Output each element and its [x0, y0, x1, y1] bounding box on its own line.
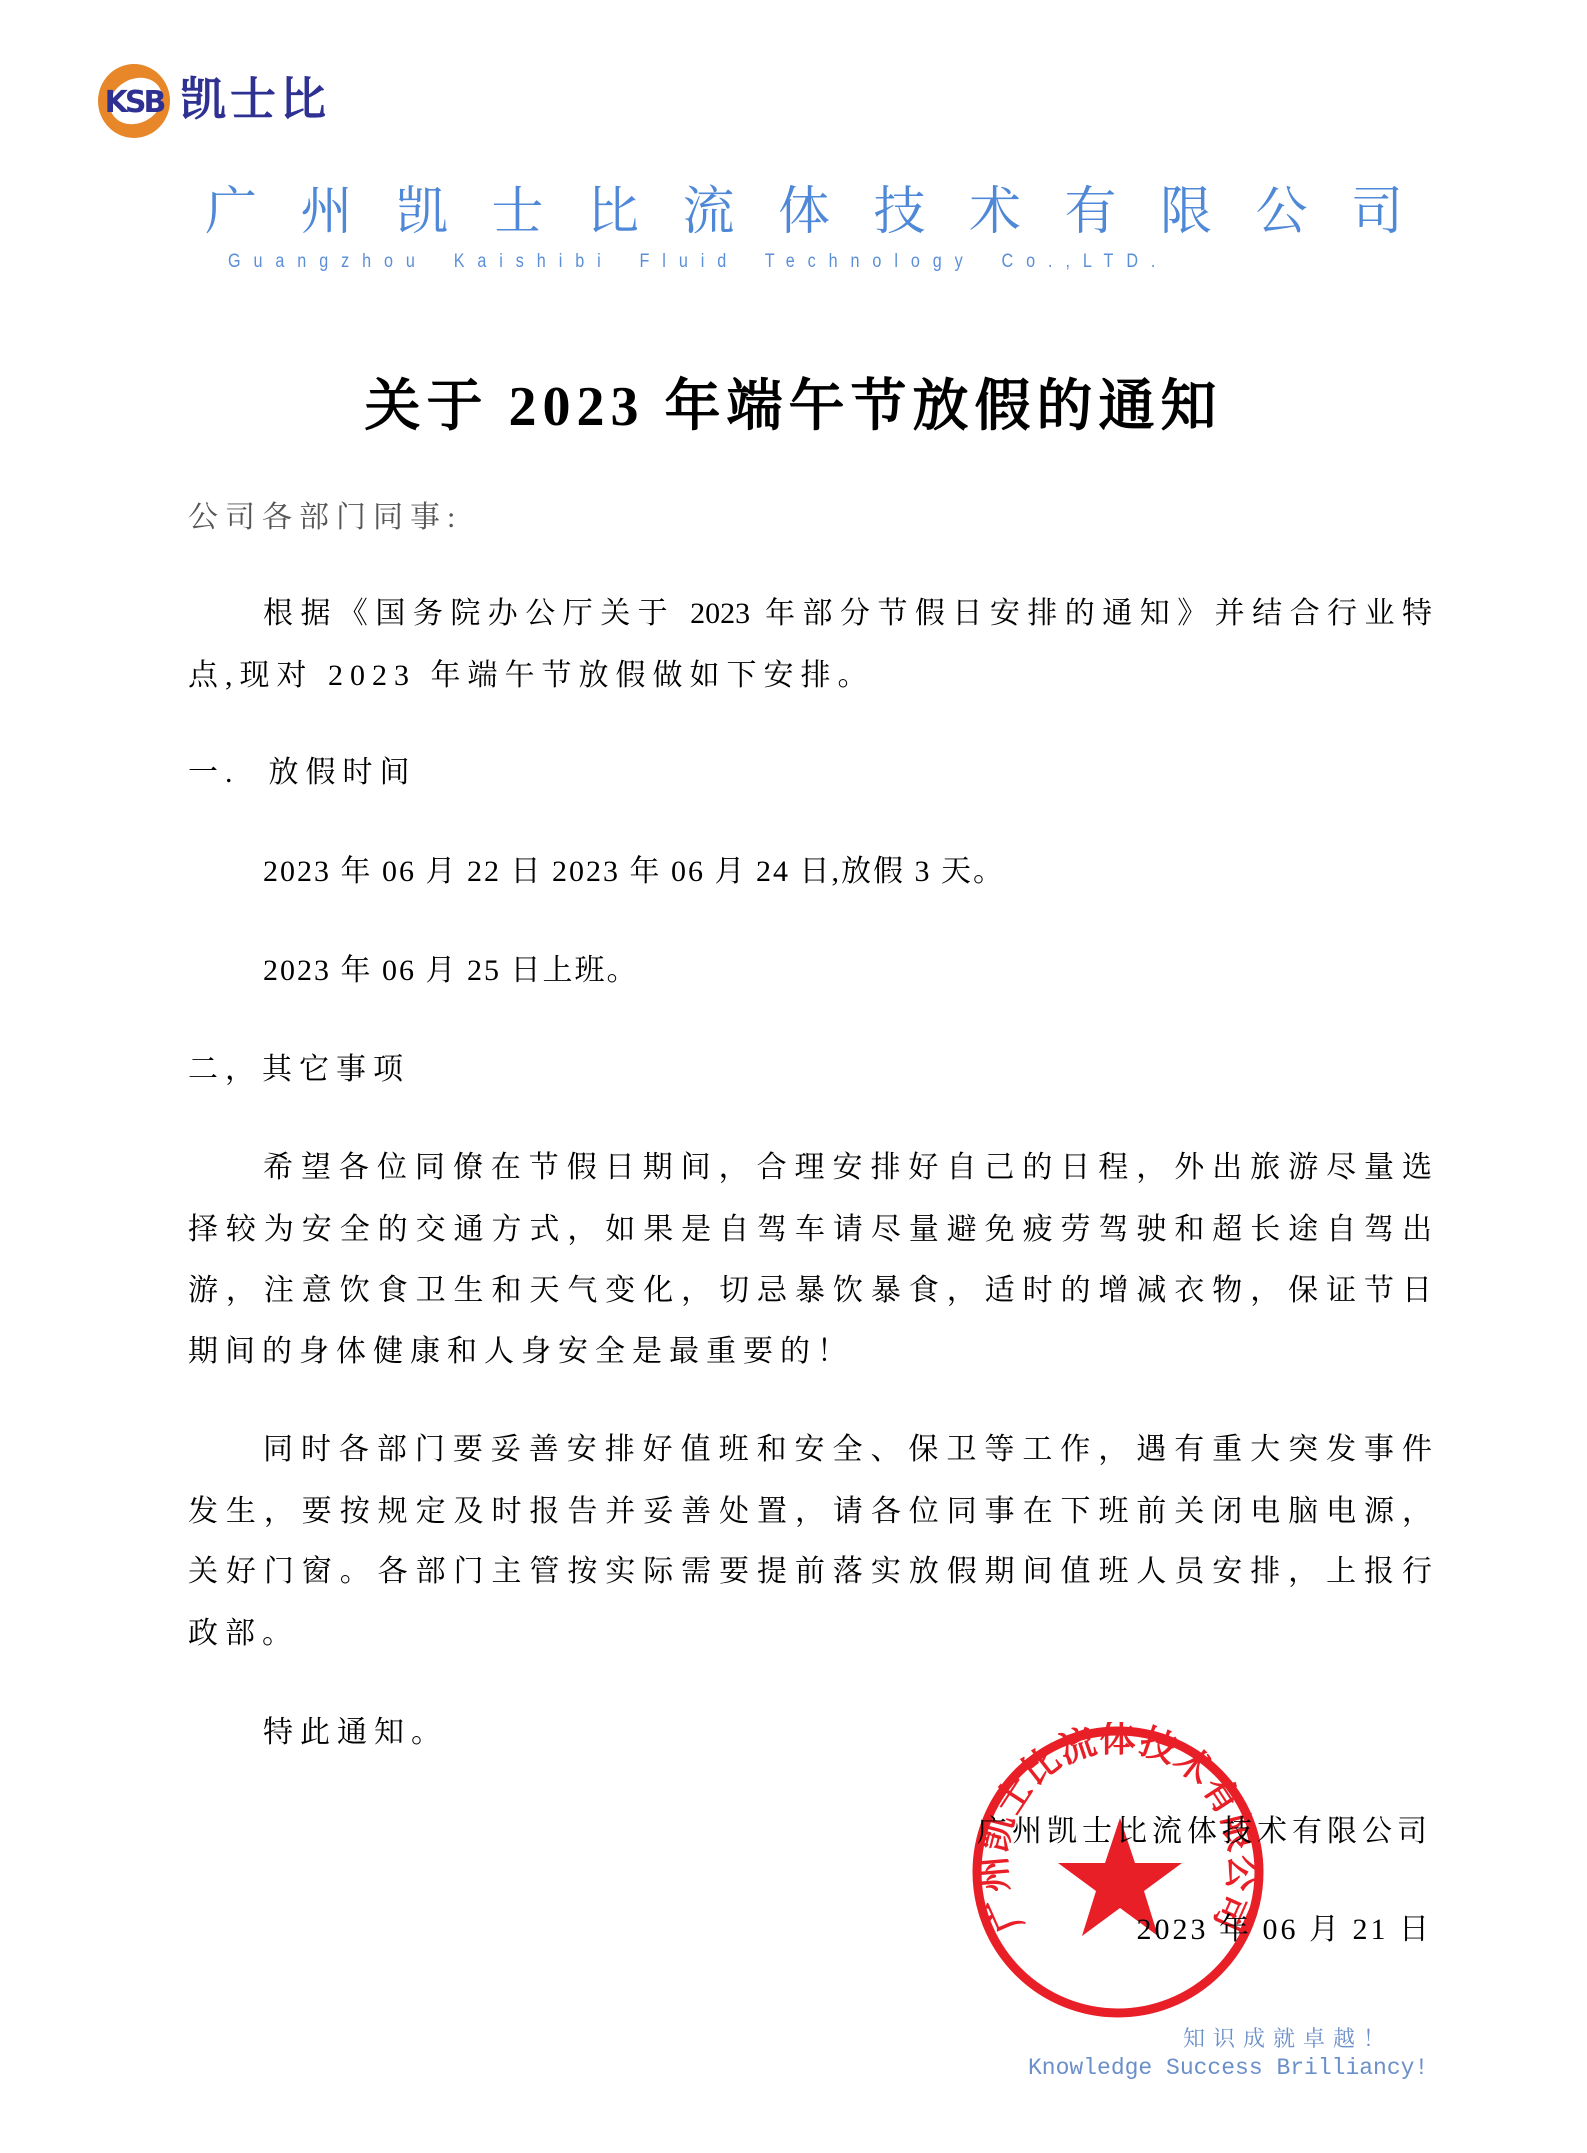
- paragraph-safety-line: 期间的身体健康和人身安全是最重要的！: [188, 1330, 854, 1374]
- section-heading-other-matters: 二，其它事项: [188, 1048, 410, 1092]
- paragraph-safety-line: 希望各位同僚在节假日期间，合理安排好自己的日程，外出旅游尽量选: [263, 1146, 1432, 1190]
- notice-title: 关于 2023 年端午节放假的通知: [0, 372, 1587, 442]
- signature-company: 广州凯士比流体技术有限公司: [977, 1810, 1432, 1854]
- holiday-period: 2023 年 06 月 22 日 2023 年 06 月 24 日,放假 3 天…: [263, 850, 1005, 894]
- signature-date: 2023 年 06 月 21 日: [1137, 1908, 1433, 1952]
- svg-text:KSB: KSB: [105, 85, 165, 120]
- paragraph-duty-line: 同时各部门要妥善安排好值班和安全、保卫等工作，遇有重大突发事件: [263, 1428, 1432, 1472]
- paragraph-safety-line: 择较为安全的交通方式，如果是自驾车请尽量避免疲劳驾驶和超长途自驾出: [188, 1208, 1432, 1252]
- ksb-logo-icon: KSB: [96, 62, 172, 140]
- brand-name: 凯士比: [180, 72, 330, 126]
- letterhead-company-cn: 广州凯士比流体技术有限公司: [205, 180, 1403, 244]
- salutation: 公司各部门同事:: [188, 496, 462, 540]
- paragraph-duty-line: 发生，要按规定及时报告并妥善处置，请各位同事在下班前关闭电脑电源，: [188, 1490, 1432, 1534]
- paragraph-safety-line: 游，注意饮食卫生和天气变化，切忌暴饮暴食，适时的增减衣物，保证节日: [188, 1269, 1432, 1313]
- return-to-work-date: 2023 年 06 月 25 日上班。: [263, 949, 639, 993]
- paragraph-intro-line: 点,现对 2023 年端午节放假做如下安排。: [188, 654, 875, 698]
- paragraph-duty-line: 政部。: [188, 1612, 299, 1656]
- footer-slogan-en: Knowledge Success Brilliancy!: [1028, 2052, 1428, 2084]
- company-logo: KSB 凯士比: [92, 60, 342, 142]
- letterhead-company-en: Guangzhou Kaishibi Fluid Technology Co.,…: [228, 249, 1224, 275]
- company-seal-icon: 广州凯士比流体技术有限公司: [968, 1722, 1268, 2022]
- section-heading-holiday-time: 一. 放假时间: [188, 751, 417, 795]
- paragraph-intro-line: 根据《国务院办公厅关于 2023 年部分节假日安排的通知》并结合行业特: [263, 592, 1432, 636]
- closing-remark: 特此通知。: [263, 1711, 448, 1755]
- paragraph-duty-line: 关好门窗。各部门主管按实际需要提前落实放假期间值班人员安排，上报行: [188, 1550, 1432, 1594]
